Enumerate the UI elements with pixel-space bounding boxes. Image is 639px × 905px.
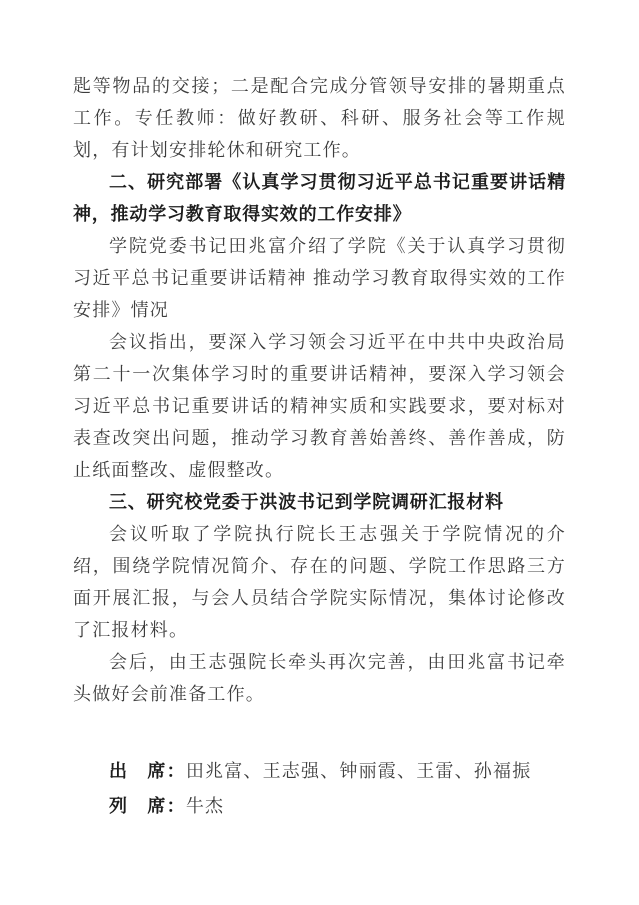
paragraph: 会议指出，要深入学习领会习近平在中共中央政治局第二十一次集体学习时的重要讲话精神… xyxy=(73,326,566,486)
attendance-row-present: 出 席：田兆富、王志强、钟丽霞、王雷、孙福振 xyxy=(73,754,566,789)
paragraph: 会后，由王志强院长牵头再次完善，由田兆富书记牵头做好会前准备工作。 xyxy=(73,646,566,710)
section-heading-3: 三、研究校党委于洪波书记到学院调研汇报材料 xyxy=(73,486,566,518)
attendance-label-present: 出 席： xyxy=(109,761,186,781)
document-page: 匙等物品的交接；二是配合完成分管领导安排的暑期重点工作。专任教师：做好教研、科研… xyxy=(0,0,639,905)
paragraph: 学院党委书记田兆富介绍了学院《关于认真学习贯彻习近平总书记重要讲话精神 推动学习… xyxy=(73,230,566,326)
paragraph-continuation: 匙等物品的交接；二是配合完成分管领导安排的暑期重点工作。专任教师：做好教研、科研… xyxy=(73,70,566,166)
attendance-row-observer: 列 席：牛杰 xyxy=(73,789,566,824)
document-body: 匙等物品的交接；二是配合完成分管领导安排的暑期重点工作。专任教师：做好教研、科研… xyxy=(73,70,566,824)
attendance-names-present: 田兆富、王志强、钟丽霞、王雷、孙福振 xyxy=(186,761,532,781)
attendance-section: 出 席：田兆富、王志强、钟丽霞、王雷、孙福振 列 席：牛杰 xyxy=(73,754,566,824)
paragraph: 会议听取了学院执行院长王志强关于学院情况的介绍，围绕学院情况简介、存在的问题、学… xyxy=(73,518,566,646)
section-heading-2: 二、研究部署《认真学习贯彻习近平总书记重要讲话精神，推动学习教育取得实效的工作安… xyxy=(73,166,566,230)
attendance-label-observer: 列 席： xyxy=(109,796,186,816)
attendance-names-observer: 牛杰 xyxy=(186,796,224,816)
